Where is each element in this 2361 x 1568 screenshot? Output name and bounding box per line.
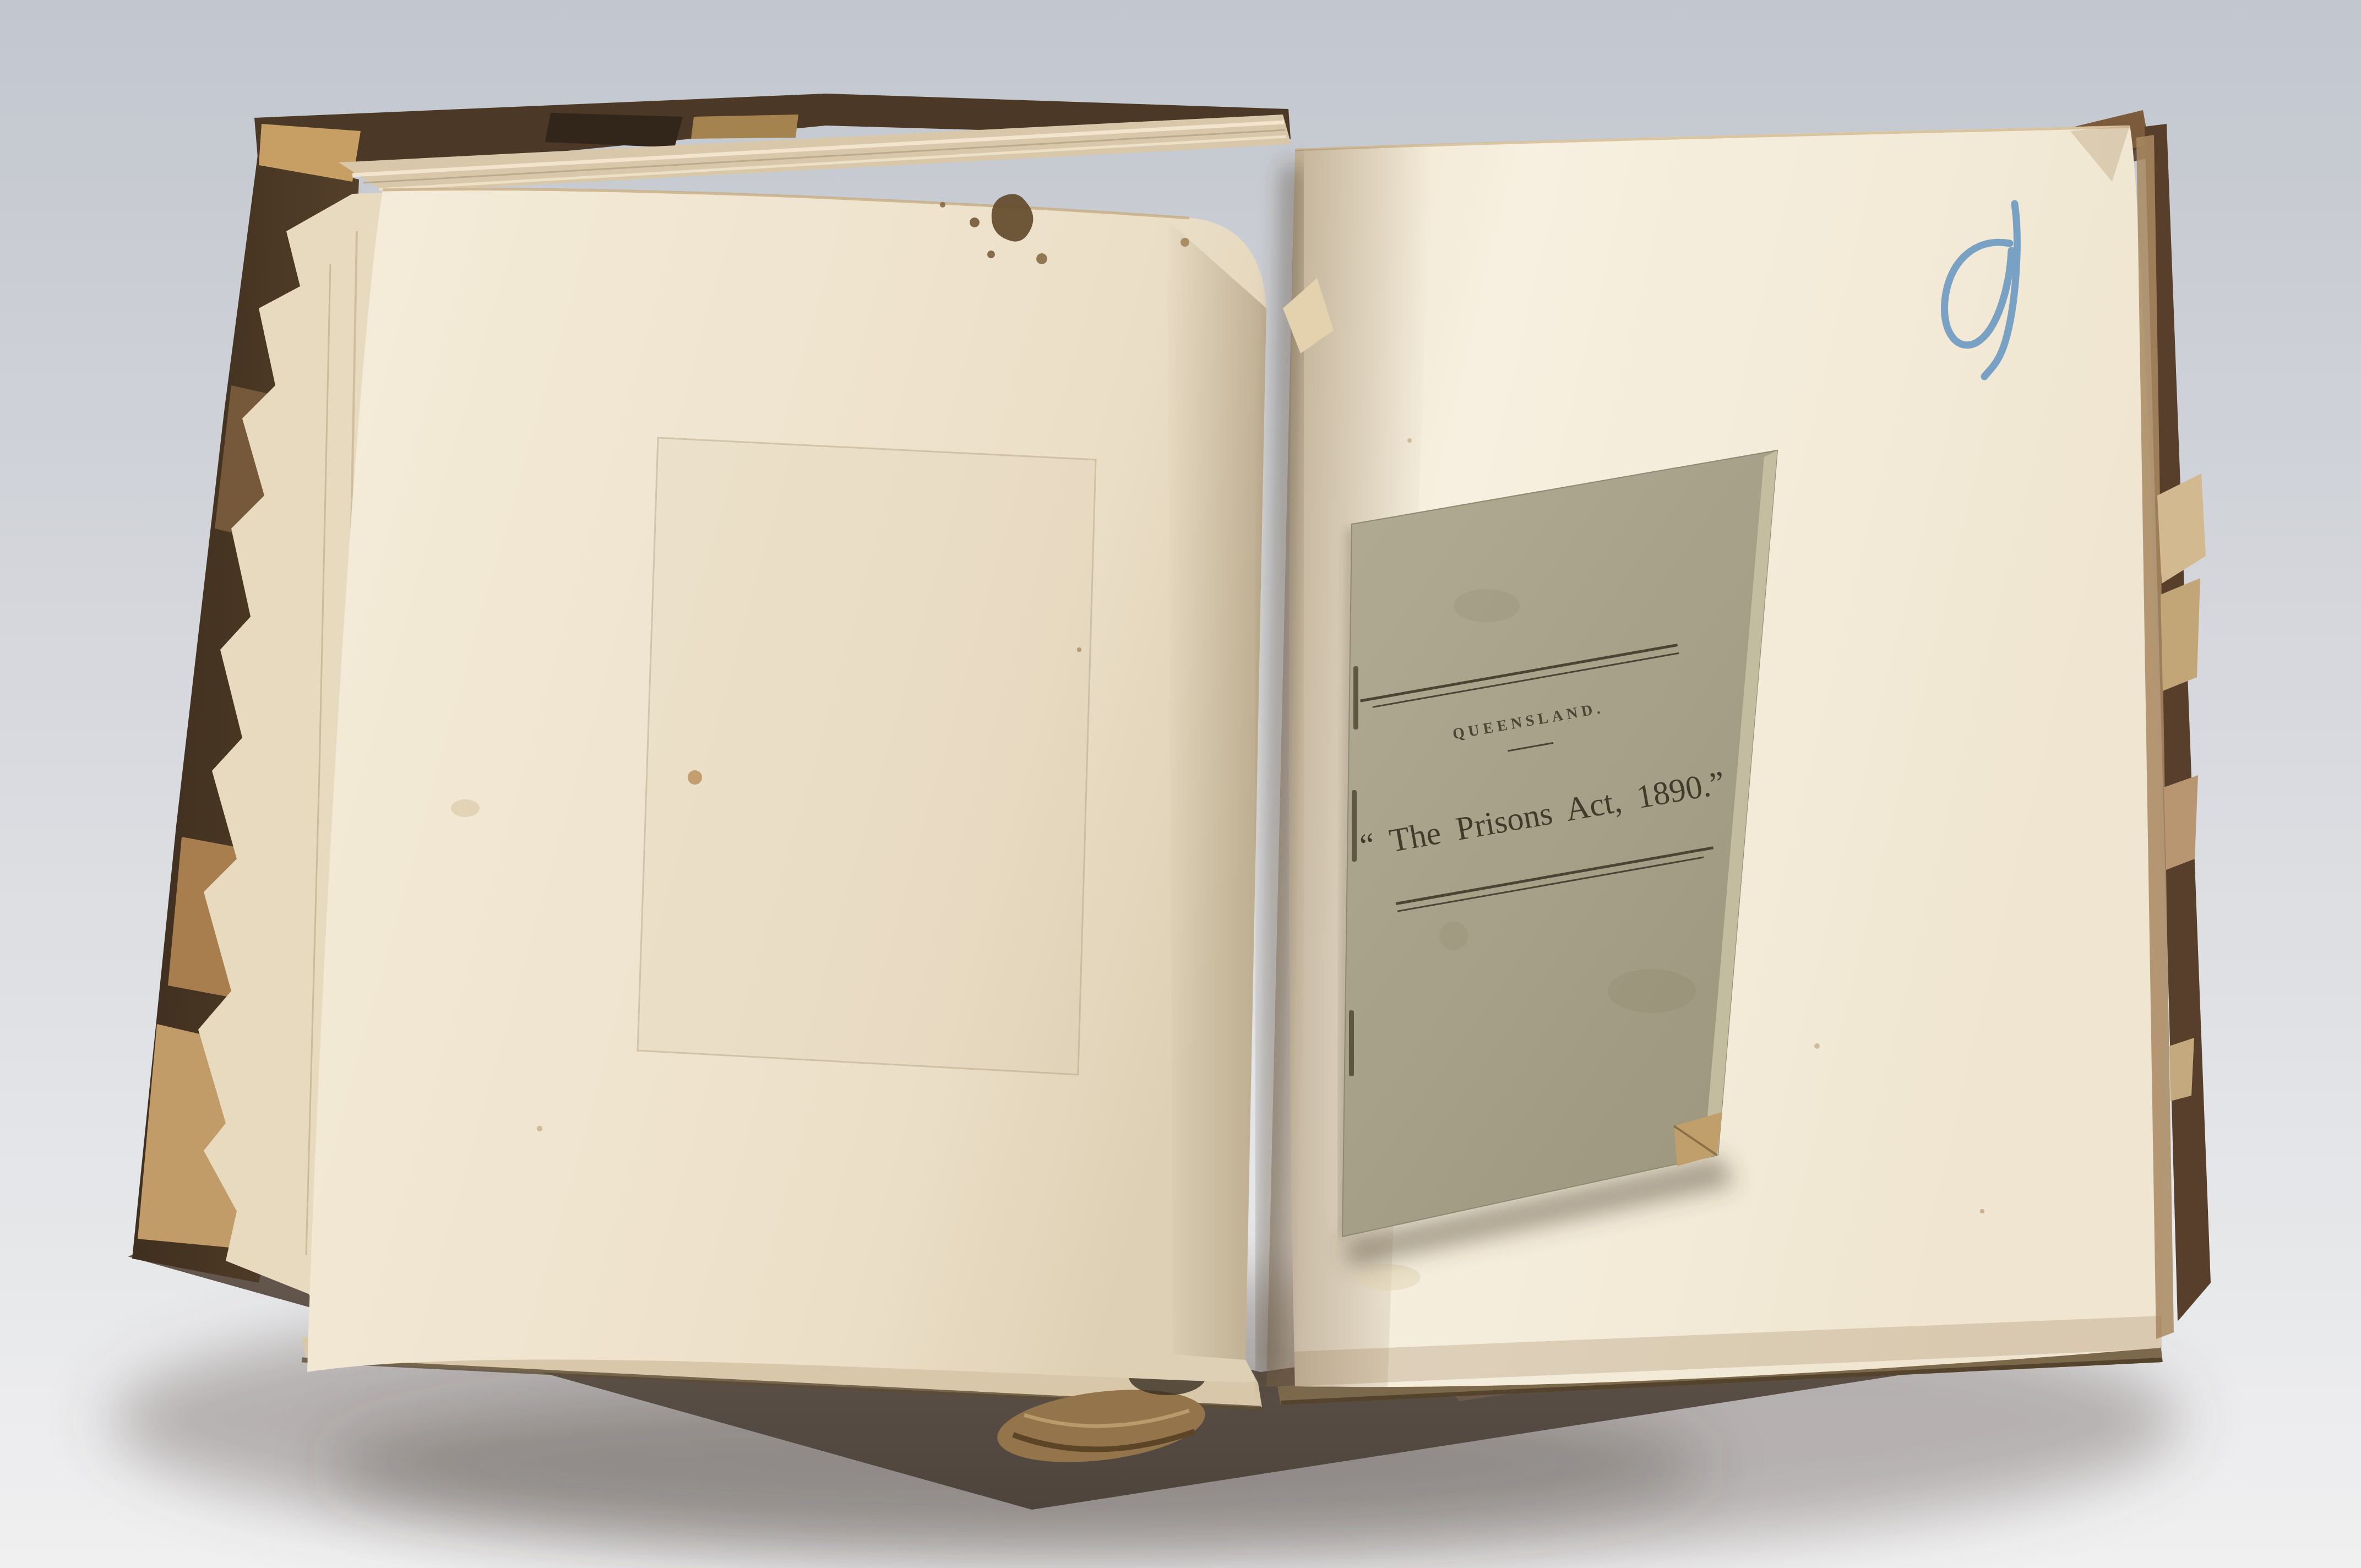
ghost-impression	[638, 438, 1096, 1075]
photo-canvas: QUEENSLAND. “ The Prisons Act, 1890.” 9	[0, 0, 2361, 1568]
photograph: QUEENSLAND. “ The Prisons Act, 1890.” 9	[0, 0, 2361, 1568]
leather-wear-patch	[545, 113, 683, 148]
left-page	[307, 188, 1266, 1383]
pamphlet: QUEENSLAND. “ The Prisons Act, 1890.”	[1336, 450, 1777, 1267]
leather-wear-patch	[691, 115, 798, 139]
